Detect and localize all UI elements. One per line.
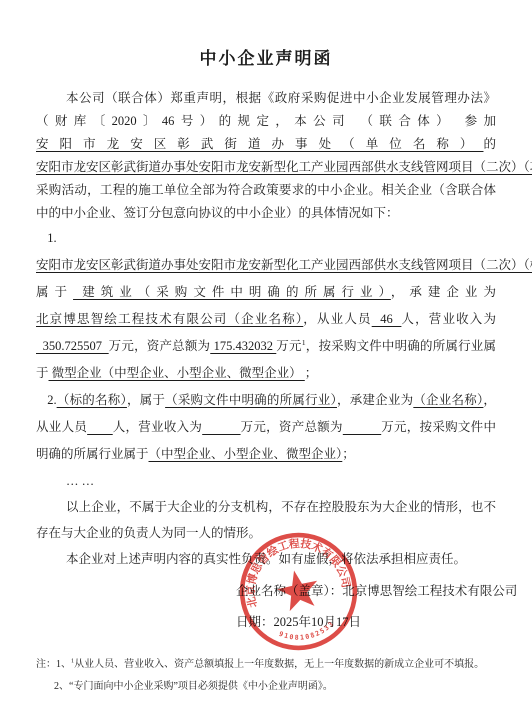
footnote-1: 注：1、1从业人员、营业收入、资产总额填报上一年度数据，无上一年度数据的新成立企… <box>36 654 502 676</box>
paragraph-clause-2: 2.（标的名称），属于（采购文件中明确的所属行业），承建企业为（企业名称），从业… <box>36 387 496 468</box>
paragraph-clause-1: 1.安阳市龙安区彰武街道办事处安阳市龙安新型化工产业园西部供水支线管网项目（二次… <box>36 225 496 387</box>
seal-star-icon <box>274 566 322 613</box>
seal-number-text: 91081082533 <box>276 618 338 646</box>
company-seal-stamp: 北京博思智绘工程技术有限公司 91081082533 <box>226 519 372 665</box>
document-title: 中小企业声明函 <box>36 44 496 69</box>
paragraph-ellipsis: … … <box>36 468 496 494</box>
footnote-2: 2、“专门面向中小企业采购”项目必须提供《中小企业声明函》。 <box>36 676 502 698</box>
footnotes: 注：1、1从业人员、营业收入、资产总额填报上一年度数据，无上一年度数据的新成立企… <box>36 654 502 698</box>
paragraph-intro: 本公司（联合体）郑重声明，根据《政府采购促进中小企业发展管理办法》（财库〔202… <box>36 87 496 225</box>
